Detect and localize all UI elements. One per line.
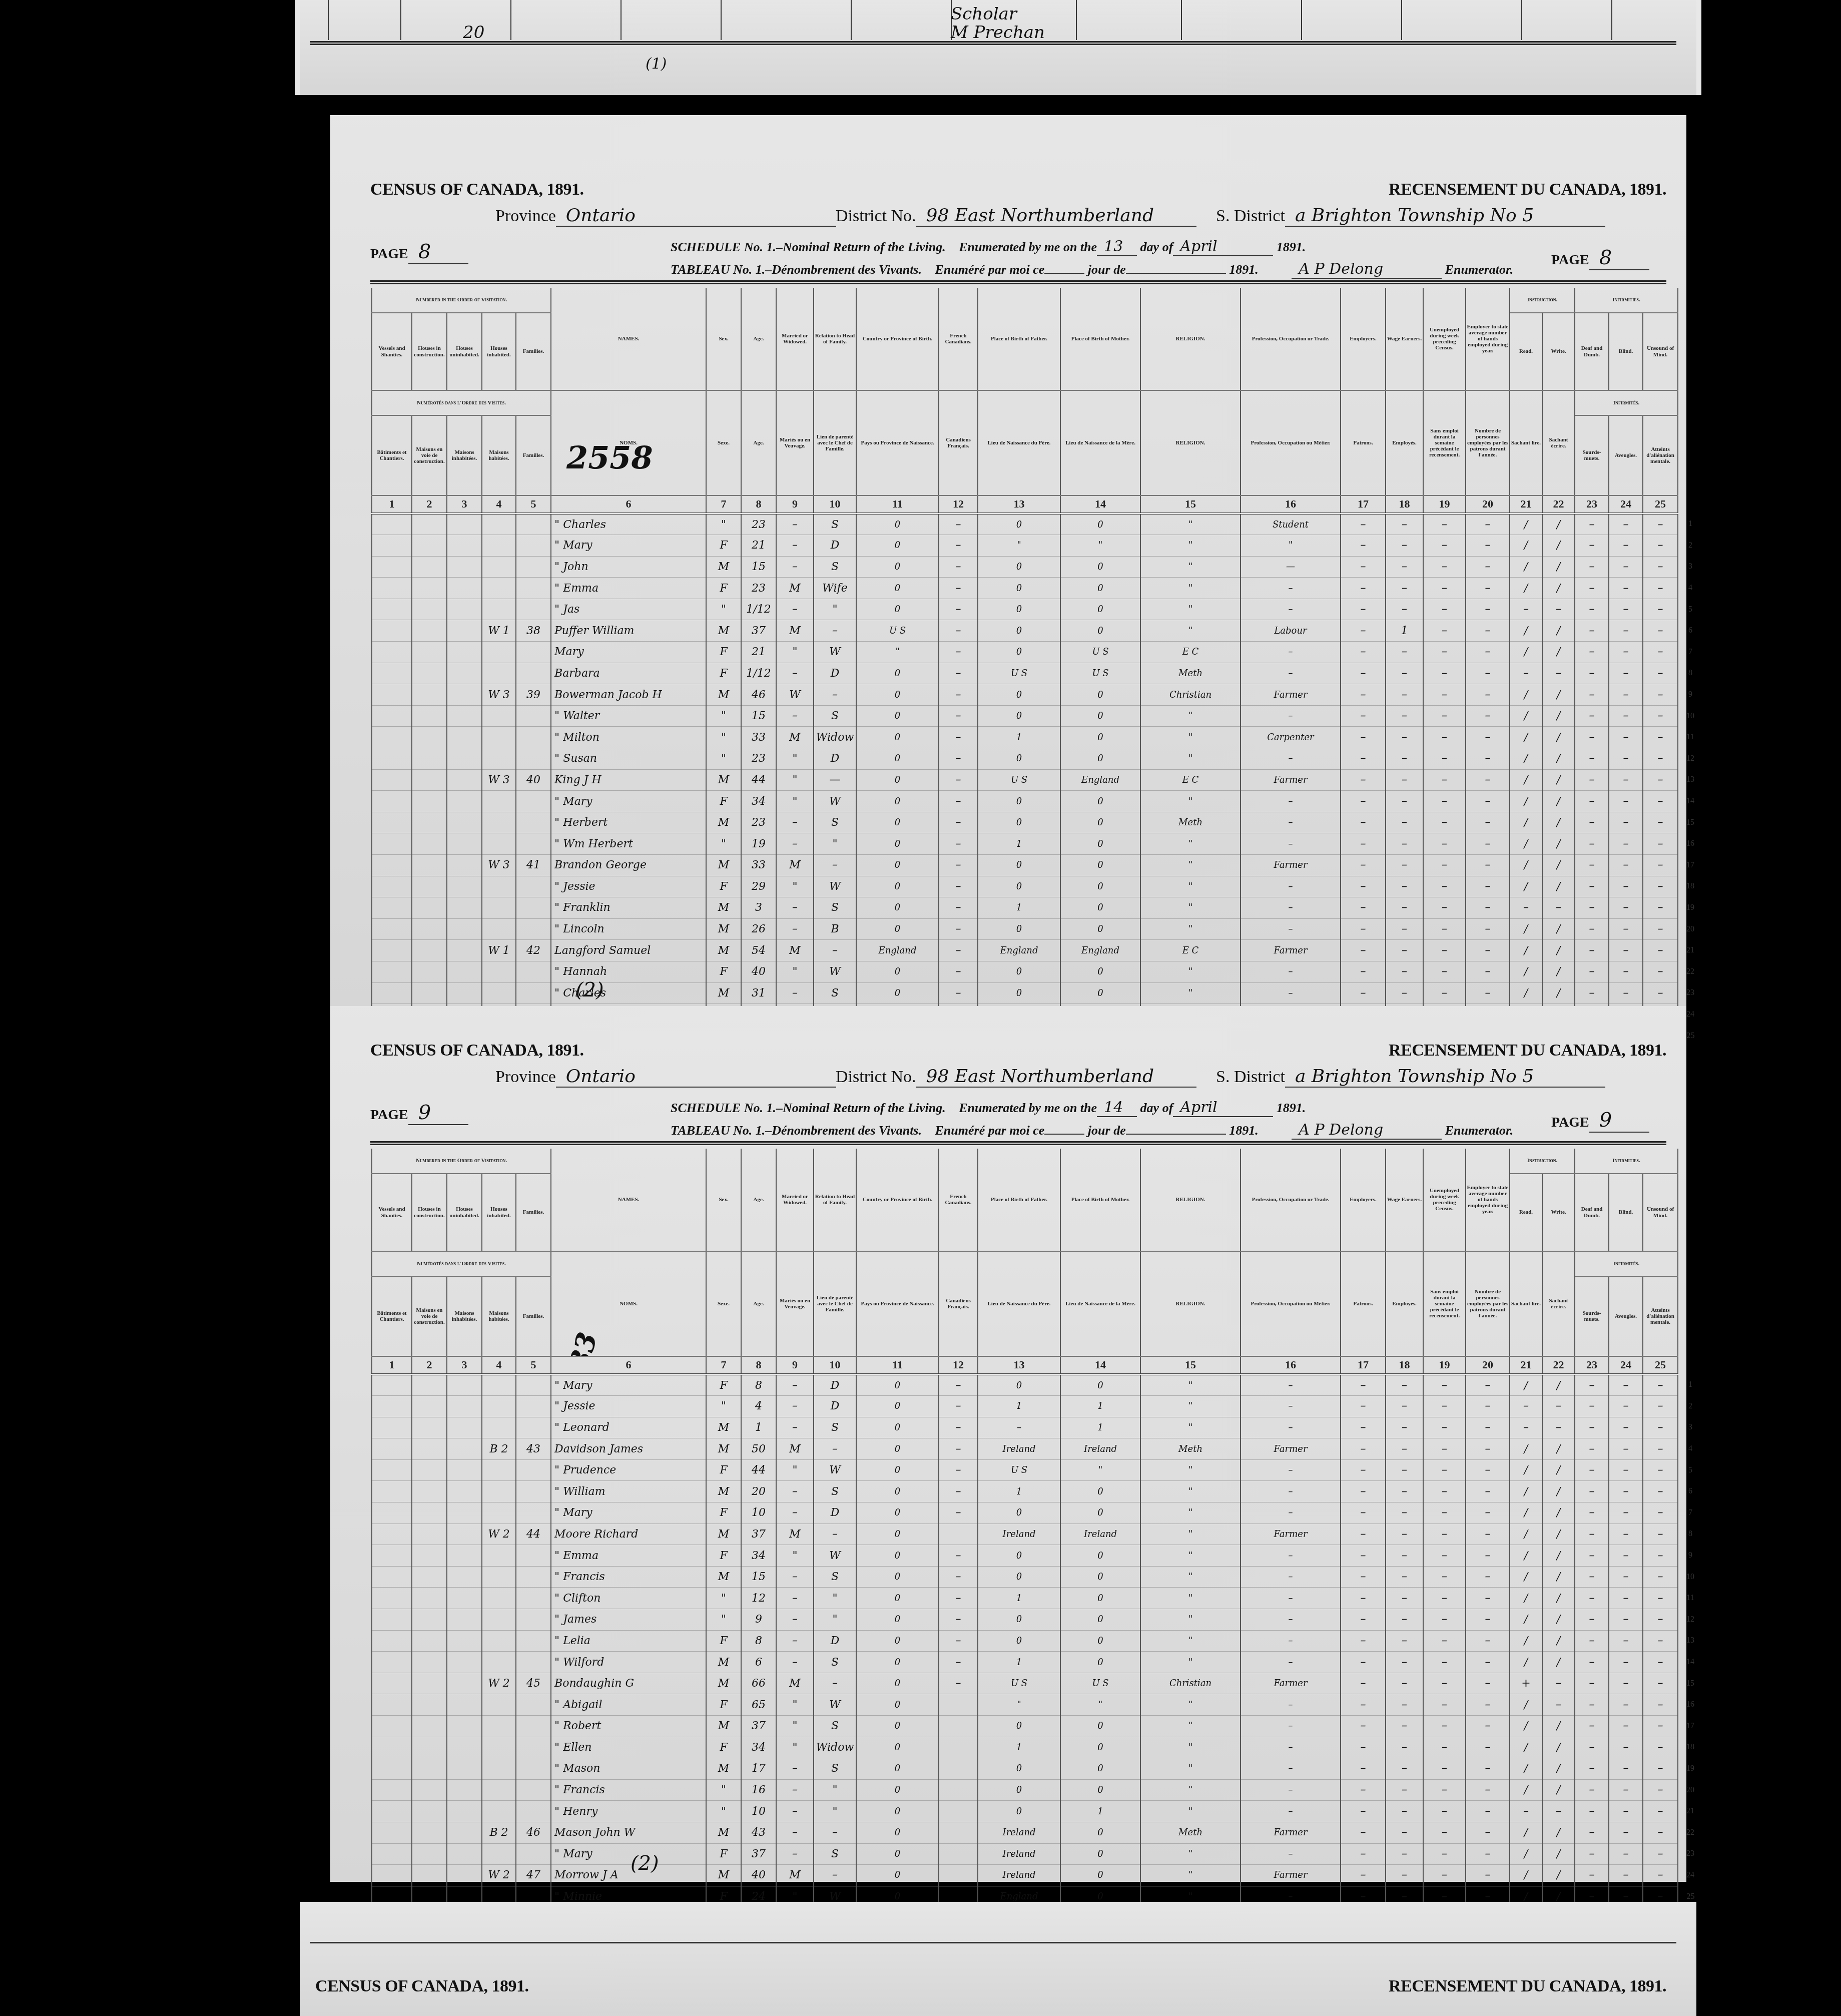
col-num: 12 [939, 495, 978, 514]
header-wage-earners: Wage Earners. [1386, 288, 1423, 390]
cell-blind: – [1609, 982, 1643, 1004]
cell-houses-construction [412, 1865, 447, 1886]
cell-age: 10 [741, 1801, 776, 1822]
cell-sex: F [706, 1459, 741, 1481]
district-value: 98 East Northumberland [916, 1066, 1196, 1088]
cell-sex: " [706, 705, 741, 727]
cell-houses-construction [412, 812, 447, 833]
cell-employers: – [1341, 833, 1386, 855]
census-row: " JohnM15–S0–00"—––––//–––3 [372, 556, 1703, 578]
cell-relation: " [814, 1801, 856, 1822]
cell-name: " Ellen [551, 1737, 706, 1758]
cell-sex: " [706, 1779, 741, 1801]
cell-wage-earners: – [1386, 578, 1423, 599]
cell-occupation: Carpenter [1241, 727, 1341, 748]
line-number: 22 [1678, 1822, 1703, 1843]
cell-houses-construction [412, 556, 447, 578]
cell-french-canadian [939, 1694, 978, 1716]
cell-read: / [1510, 1822, 1542, 1843]
header-write: Write. [1542, 1174, 1575, 1251]
cell-houses-inhabited: W 3 [482, 684, 516, 706]
cell-marital-status: – [776, 1374, 814, 1396]
cell-age: 1 [741, 1417, 776, 1438]
cell-french-canadian: – [939, 599, 978, 620]
cell-houses-uninhabited [447, 1694, 482, 1716]
cell-families [516, 876, 551, 897]
col-num: 16 [1241, 495, 1341, 514]
cell-mother-birthplace: 0 [1060, 620, 1140, 642]
cell-hands-employed: – [1466, 1481, 1510, 1502]
header-employers: Employers. [1341, 288, 1386, 390]
cell-relation: – [814, 940, 856, 961]
line-number: 2 [1678, 535, 1703, 557]
enum-month: April [1173, 238, 1273, 256]
cell-deaf-dumb: – [1575, 876, 1609, 897]
census-row: W 340King J HM44"—0–U SEnglandE CFarmer–… [372, 769, 1703, 791]
cell-french-canadian [939, 1801, 978, 1822]
cell-french-canadian [939, 1716, 978, 1737]
cell-hands-employed: – [1466, 748, 1510, 770]
census-row: " Francis"16–"000"–––––//–––20 [372, 1779, 1703, 1801]
cell-name: " Robert [551, 1716, 706, 1737]
cell-unsound-mind: – [1643, 748, 1678, 770]
cell-houses-uninhabited [447, 1481, 482, 1502]
cell-mother-birthplace: 0 [1060, 578, 1140, 599]
cell-houses-uninhabited [447, 1438, 482, 1460]
cell-hands-employed: – [1466, 1524, 1510, 1545]
cell-french-canadian: – [939, 1673, 978, 1694]
cell-employers: – [1341, 1652, 1386, 1673]
col-num: 25 [1643, 1356, 1678, 1374]
cell-wage-earners: – [1386, 1630, 1423, 1652]
header-group-infirmities: Infirmities. [1575, 1149, 1678, 1174]
cell-vessels [372, 1502, 412, 1524]
cell-vessels [372, 940, 412, 961]
cell-houses-inhabited [482, 1609, 516, 1631]
cell-age: 6 [741, 1652, 776, 1673]
cell-age: 31 [741, 982, 776, 1004]
cell-french-canadian: – [939, 514, 978, 535]
header-lire: Sachant lire. [1510, 1251, 1542, 1356]
line-number: 15 [1678, 1673, 1703, 1694]
cell-name: " Milton [551, 727, 706, 748]
cell-hands-employed: – [1466, 1417, 1510, 1438]
cell-houses-inhabited: W 3 [482, 855, 516, 876]
cell-houses-uninhabited [447, 1652, 482, 1673]
cell-mother-birthplace: 0 [1060, 1630, 1140, 1652]
col-num: 7 [706, 495, 741, 514]
cell-write: – [1542, 1417, 1575, 1438]
header-lieu-mere: Lieu de Naissance de la Mère. [1060, 1251, 1140, 1356]
cell-vessels [372, 1396, 412, 1417]
cell-write: / [1542, 705, 1575, 727]
cell-father-birthplace: 1 [978, 1396, 1060, 1417]
cell-deaf-dumb: – [1575, 1588, 1609, 1609]
cell-sex: F [706, 535, 741, 557]
cell-houses-inhabited [482, 961, 516, 982]
col-num: 6 [551, 1356, 706, 1374]
cell-write: / [1542, 1459, 1575, 1481]
cell-mother-birthplace: 0 [1060, 812, 1140, 833]
cell-religion: Meth [1140, 1438, 1241, 1460]
cell-wage-earners: – [1386, 1438, 1423, 1460]
cell-name: " Leonard [551, 1417, 706, 1438]
header-lien: Lien de parenté avec le Chef de Famille. [814, 1251, 856, 1356]
cell-marital-status: " [776, 1694, 814, 1716]
cell-vessels [372, 1865, 412, 1886]
cell-unsound-mind: – [1643, 1545, 1678, 1567]
cell-birthplace: 0 [856, 599, 939, 620]
cell-marital-status: – [776, 918, 814, 940]
cell-write: / [1542, 514, 1575, 535]
cell-families [516, 1843, 551, 1865]
cell-write: / [1542, 812, 1575, 833]
cell-relation: W [814, 1545, 856, 1567]
header-aveugles: Aveugles. [1609, 415, 1643, 495]
cell-unsound-mind: – [1643, 1630, 1678, 1652]
cell-sex: M [706, 1524, 741, 1545]
cell-hands-employed: – [1466, 1545, 1510, 1567]
cell-birthplace: 0 [856, 1737, 939, 1758]
header-sans-emploi: Sans emploi durant la semaine précédant … [1423, 1251, 1466, 1356]
cell-relation: S [814, 1566, 856, 1588]
cell-read: / [1510, 1779, 1542, 1801]
header-houses-uninhabited: Houses uninhabited. [447, 1174, 482, 1251]
cell-french-canadian: – [939, 1374, 978, 1396]
cell-mother-birthplace: U S [1060, 663, 1140, 684]
cell-deaf-dumb: – [1575, 599, 1609, 620]
cell-write: / [1542, 684, 1575, 706]
cell-sex: F [706, 1694, 741, 1716]
header-age: Age. [741, 1149, 776, 1251]
cell-occupation: – [1241, 833, 1341, 855]
cell-read: / [1510, 1652, 1542, 1673]
cell-wage-earners: – [1386, 1758, 1423, 1780]
line-number: 18 [1678, 876, 1703, 897]
header-names: NAMES. [551, 1149, 706, 1251]
cell-occupation: – [1241, 663, 1341, 684]
cell-marital-status: M [776, 578, 814, 599]
cell-families [516, 1459, 551, 1481]
header-noms: NOMS.2558 [551, 390, 706, 495]
cell-french-canadian: – [939, 535, 978, 557]
cell-father-birthplace: 1 [978, 727, 1060, 748]
cell-hands-employed: – [1466, 769, 1510, 791]
census-row: W 245Bondaughin GM66M–0–U SU SChristianF… [372, 1673, 1703, 1694]
cell-religion: " [1140, 1843, 1241, 1865]
cell-sex: M [706, 1652, 741, 1673]
cell-wage-earners: – [1386, 1865, 1423, 1886]
cell-read: / [1510, 642, 1542, 663]
census-title-fr: RECENSEMENT DU CANADA, 1891. [1389, 1041, 1666, 1060]
cell-unsound-mind: – [1643, 940, 1678, 961]
header-nombre: Nombre de personnes employées par les pa… [1466, 390, 1510, 495]
cell-read: / [1510, 1694, 1542, 1716]
cell-vessels [372, 599, 412, 620]
cell-name: " Clifton [551, 1588, 706, 1609]
cell-marital-status: – [776, 1481, 814, 1502]
cell-marital-status: – [776, 1822, 814, 1843]
cell-unsound-mind: – [1643, 535, 1678, 557]
cell-houses-uninhabited [447, 1630, 482, 1652]
cell-relation: S [814, 1843, 856, 1865]
cell-houses-inhabited [482, 1630, 516, 1652]
cell-read: – [1510, 599, 1542, 620]
cell-french-canadian: – [939, 663, 978, 684]
cell-wage-earners: – [1386, 1588, 1423, 1609]
cell-hands-employed: – [1466, 556, 1510, 578]
cell-employers: – [1341, 1758, 1386, 1780]
line-number: 12 [1678, 748, 1703, 770]
year: 1891. [1277, 240, 1306, 254]
cell-unemployed: – [1423, 1545, 1466, 1567]
cell-employers: – [1341, 1588, 1386, 1609]
cell-deaf-dumb: – [1575, 1396, 1609, 1417]
cell-houses-inhabited [482, 556, 516, 578]
cell-employers: – [1341, 642, 1386, 663]
cell-relation: – [814, 1438, 856, 1460]
line-number: 2 [1678, 1396, 1703, 1417]
cell-write: / [1542, 961, 1575, 982]
cell-employers: – [1341, 897, 1386, 919]
cell-french-canadian: – [939, 578, 978, 599]
cell-read: / [1510, 812, 1542, 833]
cell-marital-status: " [776, 748, 814, 770]
line-number: 6 [1678, 620, 1703, 642]
census-title-en: CENSUS OF CANADA, 1891. [370, 1041, 583, 1060]
cell-mother-birthplace: U S [1060, 1673, 1140, 1694]
cell-deaf-dumb: – [1575, 556, 1609, 578]
cell-write: / [1542, 833, 1575, 855]
cell-father-birthplace: U S [978, 1459, 1060, 1481]
header-birthplace: Country or Province of Birth. [856, 1149, 939, 1251]
cell-vessels [372, 684, 412, 706]
cell-wage-earners: – [1386, 1417, 1423, 1438]
cell-employers: – [1341, 1545, 1386, 1567]
cell-sex: M [706, 620, 741, 642]
census-title-fr: RECENSEMENT DU CANADA, 1891. [1389, 1977, 1666, 1996]
cell-relation: S [814, 812, 856, 833]
cell-employers: – [1341, 918, 1386, 940]
cell-mother-birthplace: 0 [1060, 514, 1140, 535]
header-maisons-habitees: Maisons habitées. [482, 1276, 516, 1356]
cell-wage-earners: – [1386, 769, 1423, 791]
cell-employers: – [1341, 599, 1386, 620]
cell-birthplace: 0 [856, 876, 939, 897]
cell-name: " Mary [551, 1843, 706, 1865]
cell-marital-status: – [776, 1630, 814, 1652]
header-employes: Employés. [1386, 390, 1423, 495]
header-religion: RELIGION. [1140, 288, 1241, 390]
census-page-9: CENSUS OF CANADA, 1891. RECENSEMENT DU C… [330, 1006, 1686, 1882]
cell-french-canadian [939, 1524, 978, 1545]
cell-marital-status: – [776, 663, 814, 684]
cell-blind: – [1609, 1459, 1643, 1481]
cell-vessels [372, 1566, 412, 1588]
header-unsound: Unsound of Mind. [1643, 313, 1678, 390]
cell-birthplace: 0 [856, 556, 939, 578]
cell-father-birthplace: 0 [978, 1630, 1060, 1652]
cell-birthplace: 0 [856, 684, 939, 706]
cell-blind: – [1609, 1566, 1643, 1588]
cell-occupation: – [1241, 1801, 1341, 1822]
cell-marital-status: – [776, 982, 814, 1004]
cell-father-birthplace: 0 [978, 961, 1060, 982]
cell-families: 46 [516, 1822, 551, 1843]
cell-father-birthplace: England [978, 940, 1060, 961]
cell-families: 47 [516, 1865, 551, 1886]
cell-french-canadian [939, 1779, 978, 1801]
cell-wage-earners: – [1386, 812, 1423, 833]
cell-marital-status: " [776, 876, 814, 897]
cell-houses-construction [412, 642, 447, 663]
cell-families [516, 1758, 551, 1780]
cell-vessels [372, 1588, 412, 1609]
cell-houses-uninhabited [447, 940, 482, 961]
cell-vessels [372, 961, 412, 982]
census-title-en: CENSUS OF CANADA, 1891. [370, 180, 583, 199]
cell-hands-employed: – [1466, 620, 1510, 642]
cell-write: / [1542, 1438, 1575, 1460]
cell-sex: F [706, 1502, 741, 1524]
cell-marital-status: M [776, 1673, 814, 1694]
cell-employers: – [1341, 1417, 1386, 1438]
census-row: " PrudenceF44"W0–U S""–––––//–––5 [372, 1459, 1703, 1481]
line-number: 13 [1678, 769, 1703, 791]
cell-deaf-dumb: – [1575, 1801, 1609, 1822]
header-canadiens: Canadiens Français. [939, 1251, 978, 1356]
line-number: 11 [1678, 727, 1703, 748]
census-row: " LincolnM26–B0–00"–––––//–––20 [372, 918, 1703, 940]
census-row: " JessieF29"W0–00"–––––//–––18 [372, 876, 1703, 897]
cell-houses-uninhabited [447, 684, 482, 706]
col-num: 17 [1341, 1356, 1386, 1374]
next-page-strip: CENSUS OF CANADA, 1891. RECENSEMENT DU C… [300, 1902, 1696, 2016]
col-num: 18 [1386, 1356, 1423, 1374]
cell-age: 12 [741, 1588, 776, 1609]
cell-age: 16 [741, 1779, 776, 1801]
cell-religion: " [1140, 578, 1241, 599]
cell-vessels [372, 1630, 412, 1652]
cell-name: " Emma [551, 578, 706, 599]
cell-houses-inhabited [482, 1758, 516, 1780]
cell-age: 9 [741, 1609, 776, 1631]
cell-deaf-dumb: – [1575, 684, 1609, 706]
cell-name: " Mary [551, 1502, 706, 1524]
cell-deaf-dumb: – [1575, 1737, 1609, 1758]
cell-blind: – [1609, 1545, 1643, 1567]
cell-unemployed: – [1423, 748, 1466, 770]
cell-unsound-mind: – [1643, 1801, 1678, 1822]
cell-hands-employed: – [1466, 1758, 1510, 1780]
cell-vessels [372, 556, 412, 578]
cell-read: / [1510, 535, 1542, 557]
cell-hands-employed: – [1466, 535, 1510, 557]
line-number: 14 [1678, 791, 1703, 812]
cell-mother-birthplace: 1 [1060, 1417, 1140, 1438]
cell-mother-birthplace: 0 [1060, 556, 1140, 578]
cell-birthplace: 0 [856, 535, 939, 557]
cell-wage-earners: – [1386, 791, 1423, 812]
cell-families: 42 [516, 940, 551, 961]
cell-relation: " [814, 833, 856, 855]
header-familles: Familles. [516, 1276, 551, 1356]
col-num: 11 [856, 495, 939, 514]
header-houses-inhabited: Houses inhabited. [482, 1174, 516, 1251]
header-metier: Profession, Occupation ou Métier. [1241, 390, 1341, 495]
cell-age: 15 [741, 1566, 776, 1588]
header-pays: Pays ou Province de Naissance. [856, 390, 939, 495]
cell-vessels [372, 769, 412, 791]
cell-unsound-mind: – [1643, 1481, 1678, 1502]
header-religion-fr: RELIGION. [1140, 1251, 1241, 1356]
cell-relation: S [814, 1652, 856, 1673]
cell-relation: D [814, 1374, 856, 1396]
line-number: 24 [1678, 1865, 1703, 1886]
cell-birthplace: 0 [856, 1865, 939, 1886]
cell-birthplace: 0 [856, 1588, 939, 1609]
cell-birthplace: 0 [856, 514, 939, 535]
cell-deaf-dumb: – [1575, 578, 1609, 599]
cell-hands-employed: – [1466, 1438, 1510, 1460]
cell-read: / [1510, 1524, 1542, 1545]
cell-religion: E C [1140, 940, 1241, 961]
cell-name: " Jessie [551, 1396, 706, 1417]
header-mother-birth: Place of Birth of Mother. [1060, 1149, 1140, 1251]
cell-blind: – [1609, 1652, 1643, 1673]
cell-mother-birthplace: 0 [1060, 1652, 1140, 1673]
cell-mother-birthplace: 0 [1060, 791, 1140, 812]
cell-father-birthplace: 0 [978, 876, 1060, 897]
cell-houses-uninhabited [447, 1374, 482, 1396]
cell-french-canadian: – [939, 791, 978, 812]
cell-employers: – [1341, 514, 1386, 535]
header-sex: Sex. [706, 288, 741, 390]
cell-occupation: – [1241, 599, 1341, 620]
cell-father-birthplace: 1 [978, 1588, 1060, 1609]
cell-age: 23 [741, 748, 776, 770]
census-page-8: CENSUS OF CANADA, 1891. RECENSEMENT DU C… [330, 115, 1686, 1006]
cell-wage-earners: – [1386, 940, 1423, 961]
col-num: 9 [776, 495, 814, 514]
cell-father-birthplace: 0 [978, 620, 1060, 642]
cell-unsound-mind: – [1643, 918, 1678, 940]
page-label-left: PAGE [370, 1107, 408, 1123]
cell-houses-uninhabited [447, 620, 482, 642]
cell-relation: S [814, 1481, 856, 1502]
cell-age: 44 [741, 769, 776, 791]
cell-wage-earners: – [1386, 1801, 1423, 1822]
cell-marital-status: M [776, 940, 814, 961]
cell-religion: " [1140, 1417, 1241, 1438]
cell-religion: " [1140, 727, 1241, 748]
cell-father-birthplace: 0 [978, 1502, 1060, 1524]
cell-deaf-dumb: – [1575, 1630, 1609, 1652]
cell-unsound-mind: – [1643, 1459, 1678, 1481]
cell-religion: " [1140, 918, 1241, 940]
cell-occupation: — [1241, 556, 1341, 578]
cell-birthplace: 0 [856, 1758, 939, 1780]
cell-age: 23 [741, 514, 776, 535]
cell-houses-inhabited [482, 982, 516, 1004]
header-maisons-inhabitees: Maisons inhabitées. [447, 1276, 482, 1356]
cell-occupation: – [1241, 1630, 1341, 1652]
cell-occupation: – [1241, 705, 1341, 727]
cell-employers: – [1341, 684, 1386, 706]
cell-deaf-dumb: – [1575, 1694, 1609, 1716]
cell-houses-uninhabited [447, 1566, 482, 1588]
line-number: 4 [1678, 1438, 1703, 1460]
